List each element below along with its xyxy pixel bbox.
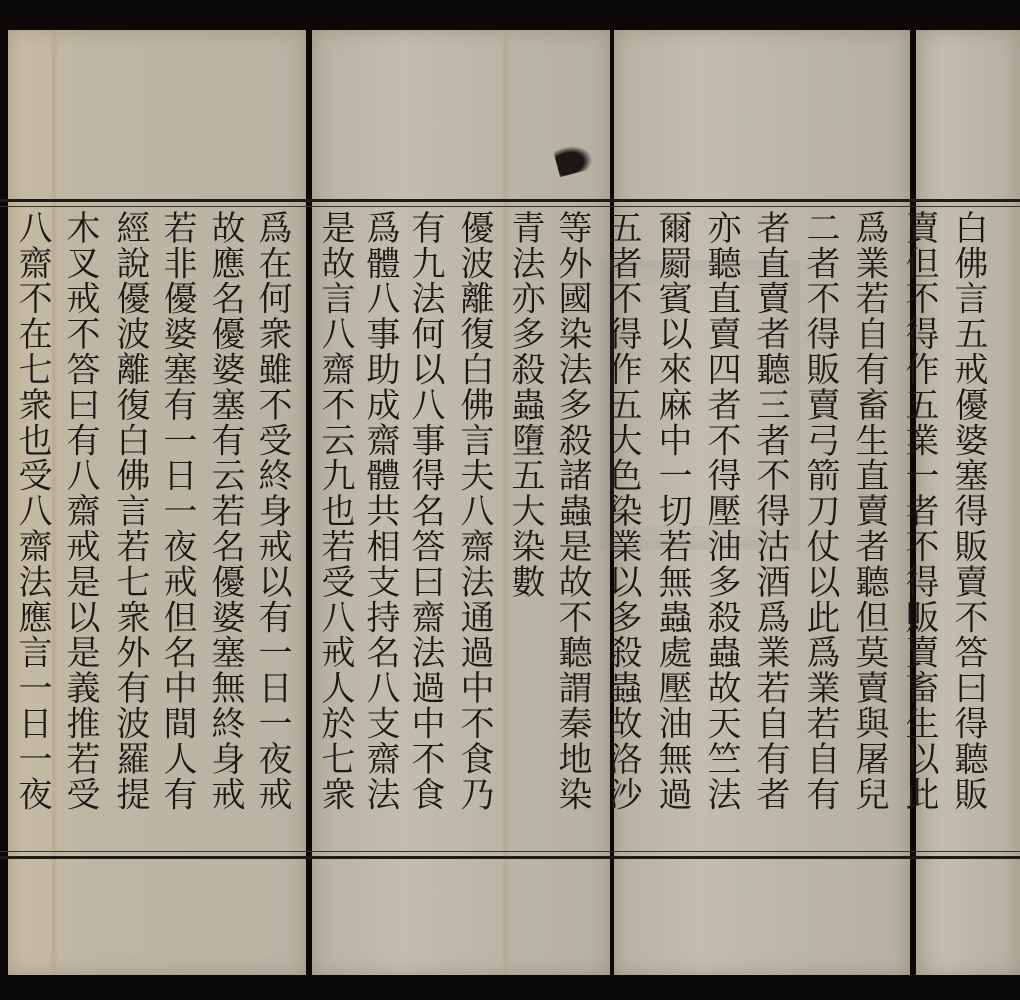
text-column-5: 者直賣者聽三者不得沽酒爲業若自有者 [748, 210, 792, 850]
text-column-7: 爾罽賓以來麻中一切若無蟲處壓油無過 [650, 210, 694, 850]
text-column-8: 五者不得作五大色染業以多殺蟲故洛沙 [600, 210, 644, 850]
text-column-19: 木叉戒不答曰有八齋戒是以是義推若受 [58, 210, 102, 850]
text-column-6: 亦聽直賣四者不得壓油多殺蟲故天竺法 [699, 210, 743, 850]
bottom-border-rule [0, 856, 1020, 859]
top-border-inner-rule [0, 206, 1020, 207]
text-column-16: 故應名優婆塞有云若名優婆塞無終身戒 [203, 210, 247, 850]
text-column-3: 爲業若自有畜生直賣者聽但莫賣與屠兒 [847, 210, 891, 850]
text-column-4: 二者不得販賣弓箭刀仗以此爲業若自有 [798, 210, 842, 850]
text-column-14: 是故言八齋不云九也若受八戒人於七衆 [313, 210, 357, 850]
top-border-rule [0, 199, 1020, 202]
text-block: 白佛言五戒優婆塞得販賣不答曰得聽販 賣但不得作五業一者不得販賣畜生以此 爲業若自… [0, 210, 1020, 850]
text-column-11: 優波離復白佛言夫八齋法通過中不食乃 [452, 210, 496, 850]
text-column-13: 爲體八事助成齋體共相支持名八支齋法 [358, 210, 402, 850]
text-column-1: 白佛言五戒優婆塞得販賣不答曰得聽販 [946, 210, 990, 850]
bottom-border-inner-rule [0, 851, 1020, 852]
text-column-20: 八齋不在七衆也受八齋法應言一日一夜 [10, 210, 54, 850]
text-column-18: 經說優波離復白佛言若七衆外有波羅提 [108, 210, 152, 850]
text-column-12: 有九法何以八事得名答曰齋法過中不食 [403, 210, 447, 850]
scanned-sutra-page: 白佛言五戒優婆塞得販賣不答曰得聽販 賣但不得作五業一者不得販賣畜生以此 爲業若自… [0, 0, 1020, 1000]
text-column-17: 若非優婆塞有一日一夜戒但名中間人有 [155, 210, 199, 850]
text-column-15: 爲在何衆雖不受終身戒以有一日一夜戒 [250, 210, 294, 850]
text-column-10: 青法亦多殺蟲墮五大染數 [503, 210, 547, 850]
text-column-2: 賣但不得作五業一者不得販賣畜生以此 [897, 210, 941, 850]
text-column-9: 等外國染法多殺諸蟲是故不聽謂秦地染 [550, 210, 594, 850]
